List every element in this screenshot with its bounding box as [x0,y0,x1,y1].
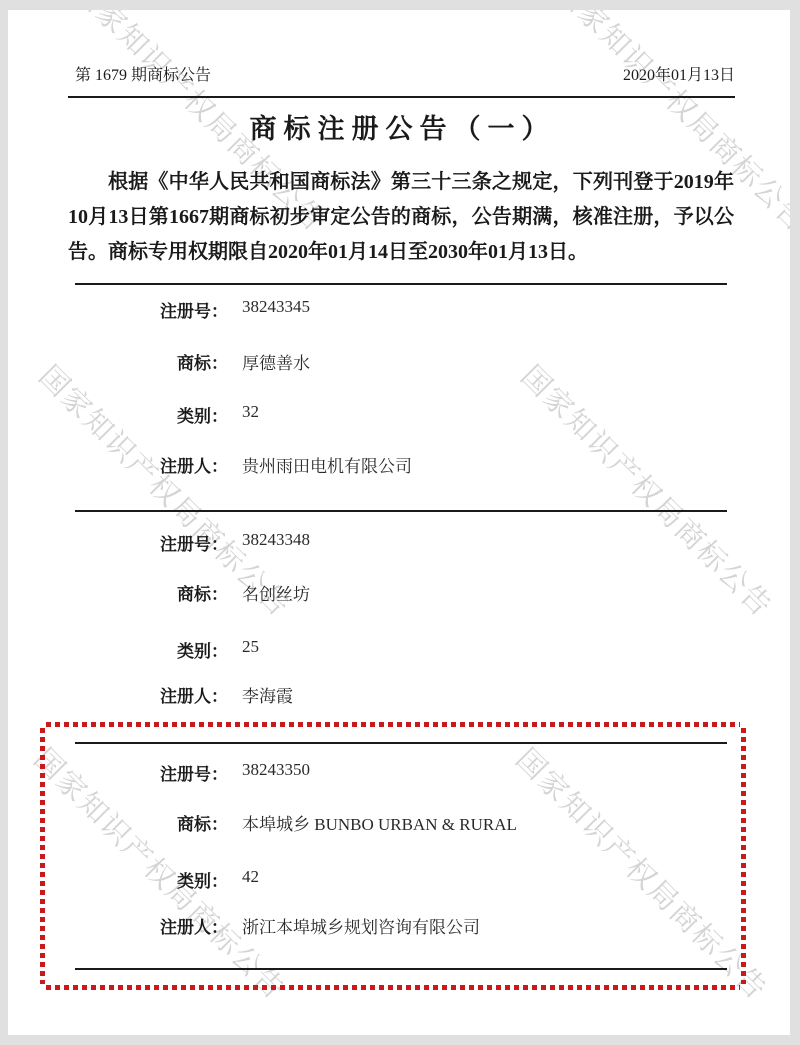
field-row: 商标： 厚德善水 [68,349,310,374]
entry-divider [75,283,727,285]
field-label: 注册人： [68,913,228,938]
field-value: 浙江本埠城乡规划咨询有限公司 [242,913,480,938]
field-row: 类别： 25 [68,637,259,662]
field-label: 类别： [68,637,228,662]
header-divider [68,96,735,98]
field-value: 42 [242,867,259,892]
entry-divider [75,742,727,744]
field-value: 本埠城乡 BUNBO URBAN & RURAL [242,810,517,835]
intro-paragraph: 根据《中华人民共和国商标法》第三十三条之规定，下列刊登于2019年10月13日第… [68,165,734,270]
field-row: 类别： 42 [68,867,259,892]
field-label: 注册号： [68,760,228,785]
field-row: 注册人： 李海霞 [68,682,293,707]
page-title: 商标注册公告（一） [8,107,790,146]
field-value: 38243345 [242,297,310,322]
field-label: 注册人： [68,452,228,477]
entry-divider [75,510,727,512]
field-row: 商标： 名创丝坊 [68,580,310,605]
document-scan: { "page": { "header": { "issue": "第 1679… [0,0,800,1045]
publication-date: 2020年01月13日 [623,62,735,85]
field-value: 32 [242,402,259,427]
field-row: 注册号： 38243350 [68,760,310,785]
field-label: 类别： [68,867,228,892]
field-row: 注册人： 贵州雨田电机有限公司 [68,452,412,477]
field-label: 商标： [68,580,228,605]
field-label: 商标： [68,810,228,835]
field-row: 注册人： 浙江本埠城乡规划咨询有限公司 [68,913,480,938]
field-value: 38243348 [242,530,310,555]
field-value: 名创丝坊 [242,580,310,605]
field-label: 注册号： [68,297,228,322]
field-value: 38243350 [242,760,310,785]
field-value: 厚德善水 [242,349,310,374]
field-label: 类别： [68,402,228,427]
issue-number: 第 1679 期商标公告 [75,62,211,85]
field-value: 25 [242,637,259,662]
watermark-text: 国家知识产权局商标公告 [513,355,783,625]
entry-divider [75,968,727,970]
field-row: 注册号： 38243345 [68,297,310,322]
field-row: 商标： 本埠城乡 BUNBO URBAN & RURAL [68,810,517,835]
field-label: 商标： [68,349,228,374]
announcement-page: 国家知识产权局商标公告 国家知识产权局商标公告 国家知识产权局商标公告 国家知识… [8,10,790,1035]
field-row: 注册号： 38243348 [68,530,310,555]
field-label: 注册号： [68,530,228,555]
field-value: 贵州雨田电机有限公司 [242,452,412,477]
field-label: 注册人： [68,682,228,707]
page-header: 第 1679 期商标公告 2020年01月13日 [75,62,735,85]
field-value: 李海霞 [242,682,293,707]
field-row: 类别： 32 [68,402,259,427]
